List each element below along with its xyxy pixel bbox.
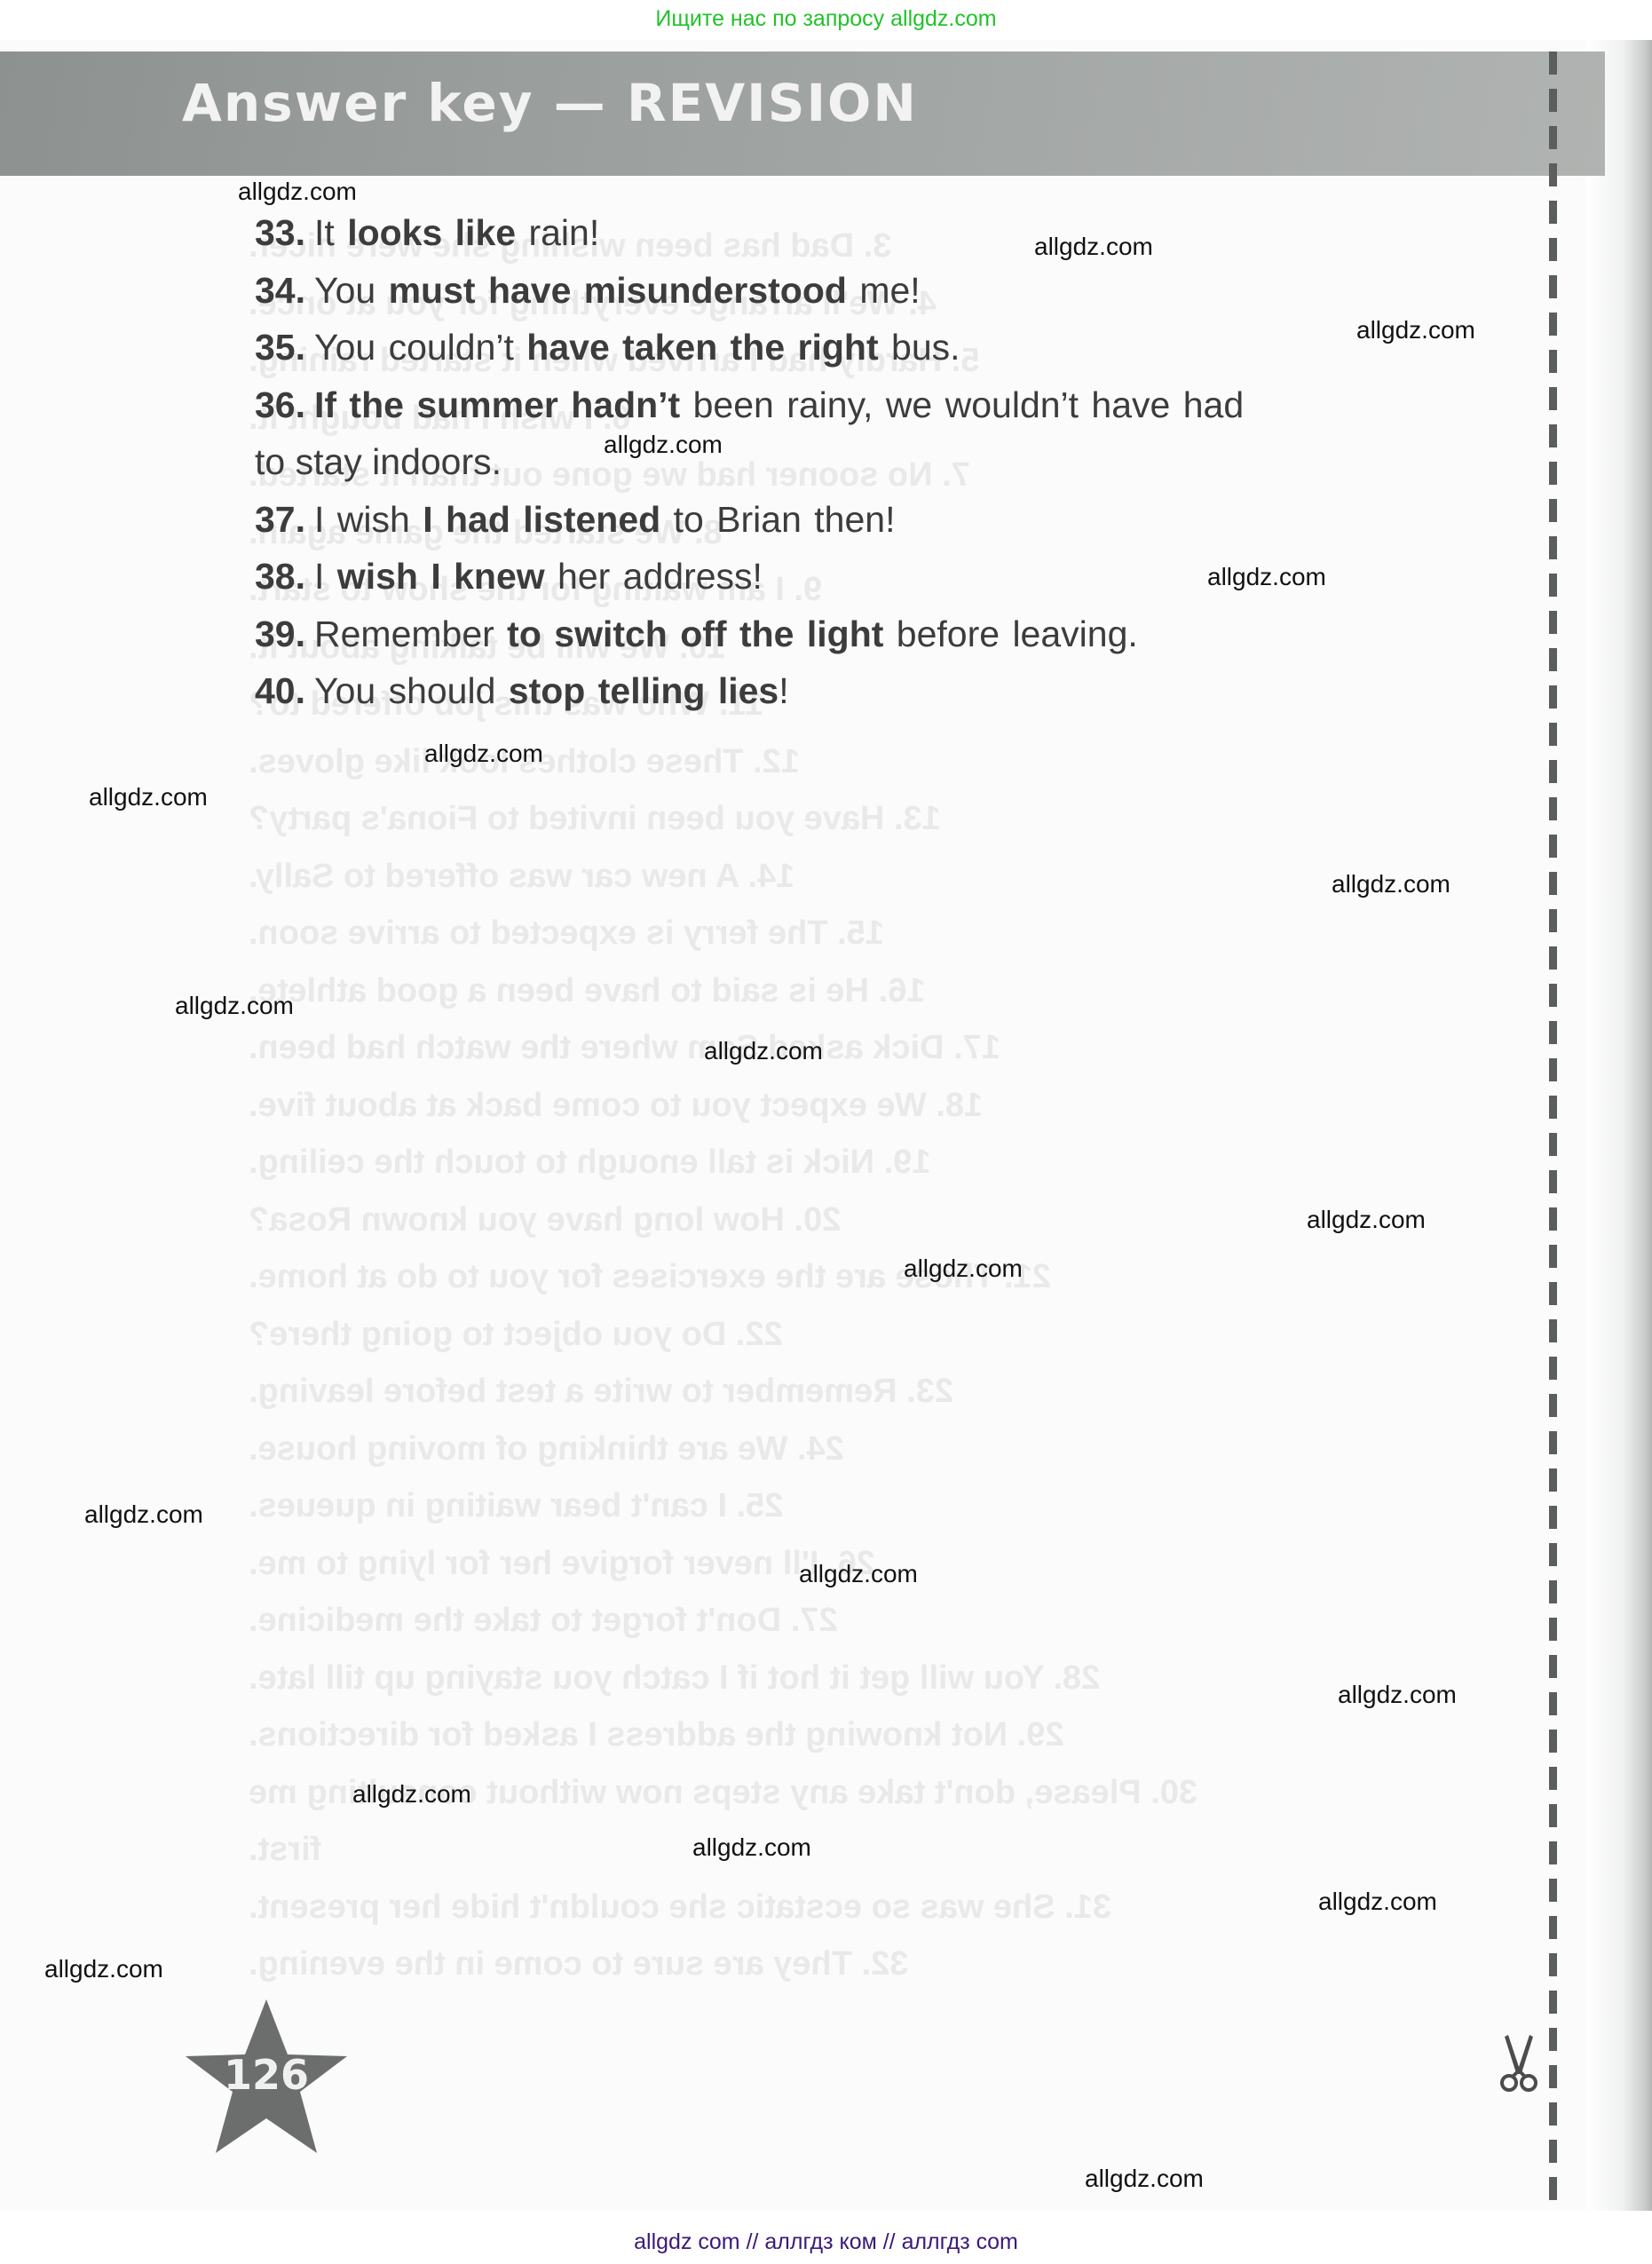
- answer-number: 37.: [255, 499, 305, 540]
- bleed-line: 16. He is said to have been a good athle…: [249, 962, 1482, 1020]
- watermark-text: allgdz.com: [1207, 563, 1326, 591]
- watermark-text: allgdz.com: [1307, 1206, 1426, 1234]
- watermark-text: allgdz.com: [704, 1037, 823, 1065]
- watermark-text: allgdz.com: [238, 178, 357, 206]
- bleed-line: 31. She was so ecstatic she couldn't hid…: [249, 1879, 1482, 1936]
- answer-text: You should: [314, 670, 509, 711]
- answer-text: to Brian then!: [660, 499, 895, 540]
- bleed-line: 21. Those are the exercises for you to d…: [249, 1248, 1482, 1306]
- bleed-line: 18. We expect you to come back at about …: [249, 1077, 1482, 1135]
- bleed-line: 32. They are sure to come in the evening…: [249, 1935, 1482, 1993]
- watermark-text: allgdz.com: [692, 1833, 811, 1862]
- answer-number: 39.: [255, 613, 305, 654]
- bleed-line: 20. How long have you known Rosa?: [249, 1191, 1482, 1249]
- answer-text: You couldn’t: [314, 327, 526, 368]
- answer-list: 33.It looks like rain!34.You must have m…: [255, 204, 1480, 720]
- bleed-line: 19. Nick is tall enough to touch the cei…: [249, 1134, 1482, 1191]
- answer-number: 34.: [255, 270, 305, 311]
- watermark-text: allgdz.com: [424, 740, 543, 768]
- answer-item: 34.You must have misunderstood me!: [255, 262, 1480, 320]
- watermark-text: allgdz.com: [1085, 2165, 1204, 2193]
- answer-key-phrase: have taken the right: [526, 327, 878, 368]
- answer-text: bus.: [879, 327, 960, 368]
- answer-number: 40.: [255, 670, 305, 711]
- answer-text: before leaving.: [883, 613, 1137, 654]
- bleed-line: 28. You will get it hot if I catch you s…: [249, 1650, 1482, 1707]
- bleed-line: 22. Do you object to going there?: [249, 1306, 1482, 1364]
- bleed-line: 15. The ferry is expected to arrive soon…: [249, 905, 1482, 962]
- bleed-line: 27. Don't forget to take the medicine.: [249, 1592, 1482, 1650]
- answer-item: 39.Remember to switch off the light befo…: [255, 606, 1480, 663]
- answer-text: rain!: [516, 212, 599, 253]
- page-number: 126: [182, 2051, 351, 2099]
- bleed-line: 23. Remember to write a test before leav…: [249, 1363, 1482, 1421]
- answer-text: Remember: [314, 613, 507, 654]
- answer-number: 36.: [255, 384, 305, 425]
- watermark-text: allgdz.com: [1034, 233, 1153, 261]
- bleed-line: 29. Not knowing the address I asked for …: [249, 1706, 1482, 1764]
- scissors-icon: [1500, 2033, 1537, 2095]
- answer-key-phrase: must have misunderstood: [389, 270, 847, 311]
- watermark-text: allgdz.com: [89, 783, 208, 811]
- bleed-line: 25. I can't bear waiting in queues.: [249, 1477, 1482, 1535]
- answer-key-phrase: If the summer hadn’t: [314, 384, 680, 425]
- answer-key-phrase: I had listened: [423, 499, 660, 540]
- answer-number: 38.: [255, 556, 305, 597]
- watermark-text: allgdz.com: [1338, 1681, 1457, 1709]
- dashed-cut-line: [1549, 51, 1557, 2211]
- answer-text: !: [779, 670, 788, 711]
- answer-continuation: to stay indoors.: [255, 433, 1480, 491]
- watermark-text: allgdz.com: [44, 1955, 163, 1983]
- bleed-line: 17. Dick asked Sam where the watch had b…: [249, 1019, 1482, 1077]
- answer-item: 36.If the summer hadn’t been rainy, we w…: [255, 376, 1480, 434]
- answer-item: 37.I wish I had listened to Brian then!: [255, 491, 1480, 549]
- answer-item: 35.You couldn’t have taken the right bus…: [255, 319, 1480, 376]
- watermark-text: allgdz.com: [175, 992, 294, 1020]
- bottom-watermark-banner: allgdz com // аллгдз ком // аллгдз com: [0, 2220, 1652, 2264]
- page-edge-shadow: [1585, 40, 1652, 2211]
- top-search-banner: Ищите нас по запросу allgdz.com: [0, 0, 1652, 36]
- bleed-line: first.: [249, 1821, 1482, 1879]
- answer-text: I wish: [314, 499, 423, 540]
- watermark-text: allgdz.com: [904, 1255, 1023, 1283]
- watermark-text: allgdz.com: [1356, 316, 1475, 344]
- page-number-badge: 126: [182, 1998, 351, 2157]
- watermark-text: allgdz.com: [1332, 870, 1450, 898]
- answer-text: I: [314, 556, 337, 597]
- bleed-line: 24. We are thinking of moving house.: [249, 1421, 1482, 1478]
- answer-number: 33.: [255, 212, 305, 253]
- watermark-text: allgdz.com: [352, 1780, 471, 1809]
- bleed-line: 14. A new car was offered to Sally.: [249, 848, 1482, 906]
- answer-key-phrase: to switch off the light: [507, 613, 883, 654]
- answer-key-phrase: stop telling lies: [509, 670, 779, 711]
- watermark-text: allgdz.com: [84, 1500, 203, 1529]
- watermark-text: allgdz.com: [1318, 1888, 1437, 1916]
- watermark-text: allgdz.com: [604, 431, 723, 459]
- bleed-line: 13. Have you been invited to Fiona's par…: [249, 790, 1482, 848]
- answer-text: been rainy, we wouldn’t have had: [680, 384, 1244, 425]
- answer-text: me!: [847, 270, 921, 311]
- answer-item: 33.It looks like rain!: [255, 204, 1480, 262]
- answer-text: You: [314, 270, 389, 311]
- watermark-text: allgdz.com: [799, 1560, 918, 1588]
- answer-key-phrase: looks like: [347, 212, 516, 253]
- page-title: Answer key — REVISION: [182, 73, 918, 133]
- answer-item: 40.You should stop telling lies!: [255, 662, 1480, 720]
- answer-number: 35.: [255, 327, 305, 368]
- answer-key-phrase: wish I knew: [337, 556, 545, 597]
- answer-text: her address!: [545, 556, 763, 597]
- answer-text: It: [314, 212, 347, 253]
